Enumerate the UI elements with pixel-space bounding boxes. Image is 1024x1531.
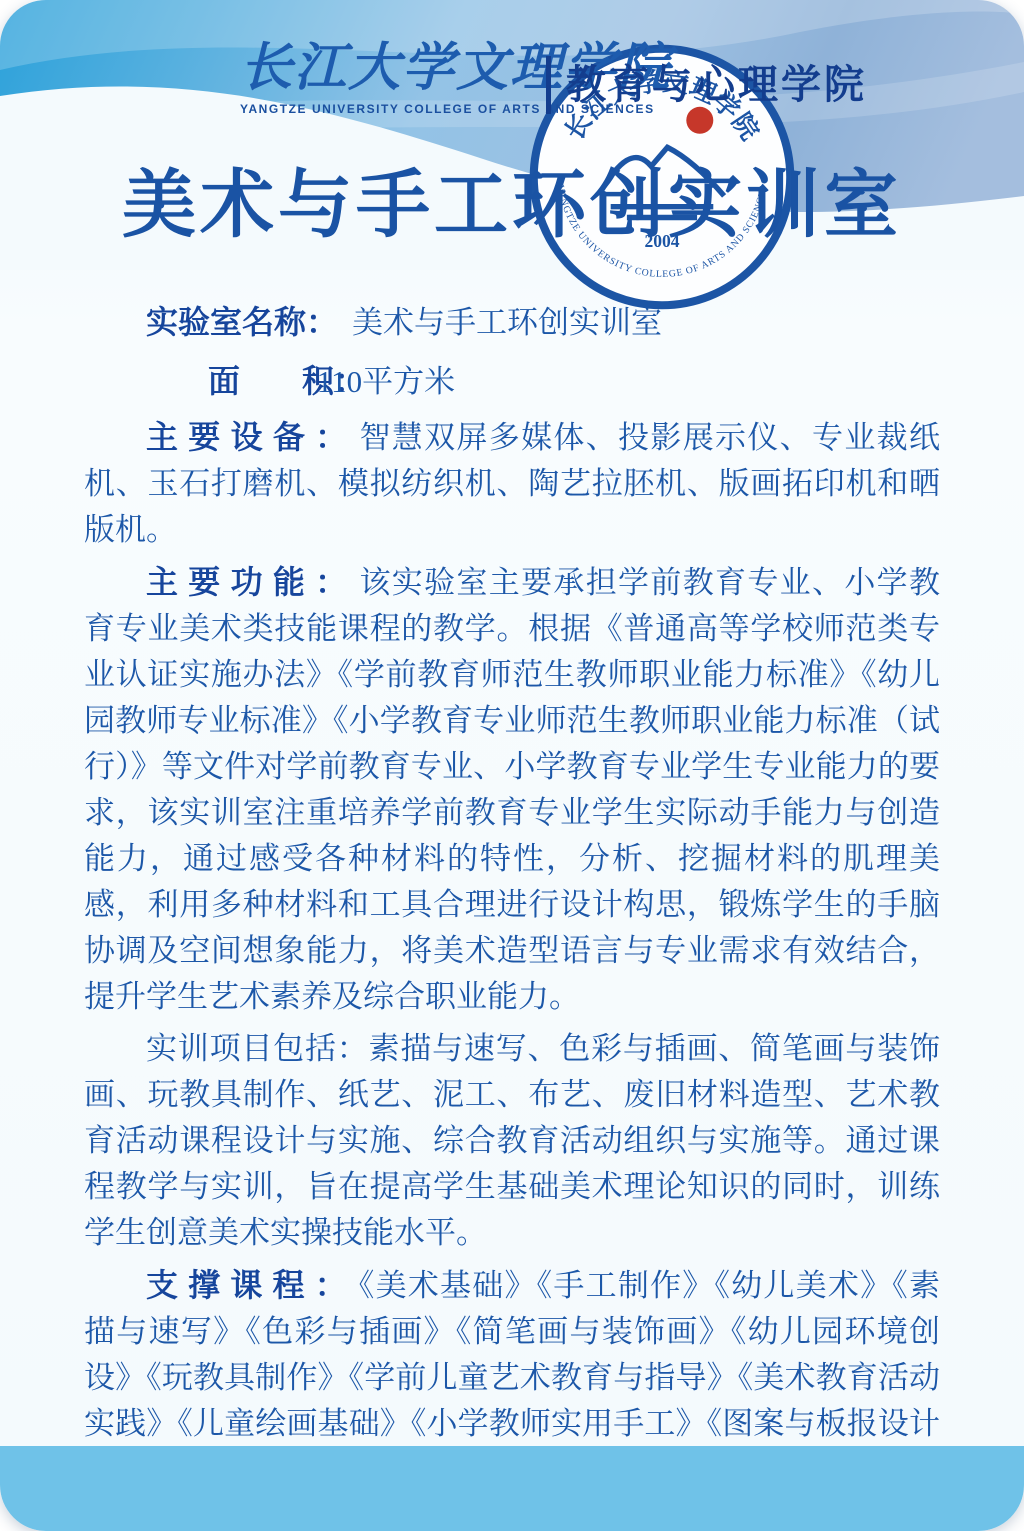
paragraph-1: 主要设备：智慧双屏多媒体、投影展示仪、专业裁纸机、玉石打磨机、模拟纺织机、陶艺拉… [84,414,940,553]
paragraph-2: 主要功能：该实验室主要承担学前教育专业、小学教育专业美术类技能课程的教学。根据《… [84,559,940,1020]
paragraph-label: 主要功能： [146,564,357,600]
field-value: 110平方米 [317,364,455,399]
paragraph-text: 实训项目包括：素描与速写、色彩与插画、简笔画与装饰画、玩教具制作、纸艺、泥工、布… [84,1031,940,1250]
footer-band [0,1446,1024,1531]
paragraph-label: 支撑课程： [146,1267,357,1303]
field-row-2: 面积：110平方米 [84,355,940,408]
poster-card: 长江大学文理学院 YANGTZE UNIVERSITY COLLEGE OF A… [0,0,1024,1531]
department-name: 教育与心理学院 [566,54,867,116]
header-divider-bar [546,56,551,114]
page-title: 美术与手工环创实训室 [0,156,1024,256]
poster-page: 长江大学文理学院 YANGTZE UNIVERSITY COLLEGE OF A… [0,0,1024,1531]
field-label: 实验室名称： [146,304,338,340]
field-row-1: 实验室名称：美术与手工环创实训室 [84,296,940,349]
field-value: 美术与手工环创实训室 [352,305,662,340]
paragraph-label: 主要设备： [146,419,357,455]
body-text-block: 实验室名称：美术与手工环创实训室面积：110平方米主要设备：智慧双屏多媒体、投影… [84,296,940,1493]
field-label: 面积： [146,355,303,407]
paragraph-text: 该实验室主要承担学前教育专业、小学教育专业美术类技能课程的教学。根据《普通高等学… [84,565,940,1014]
paragraph-3: 实训项目包括：素描与速写、色彩与插画、简笔画与装饰画、玩教具制作、纸艺、泥工、布… [84,1026,940,1256]
